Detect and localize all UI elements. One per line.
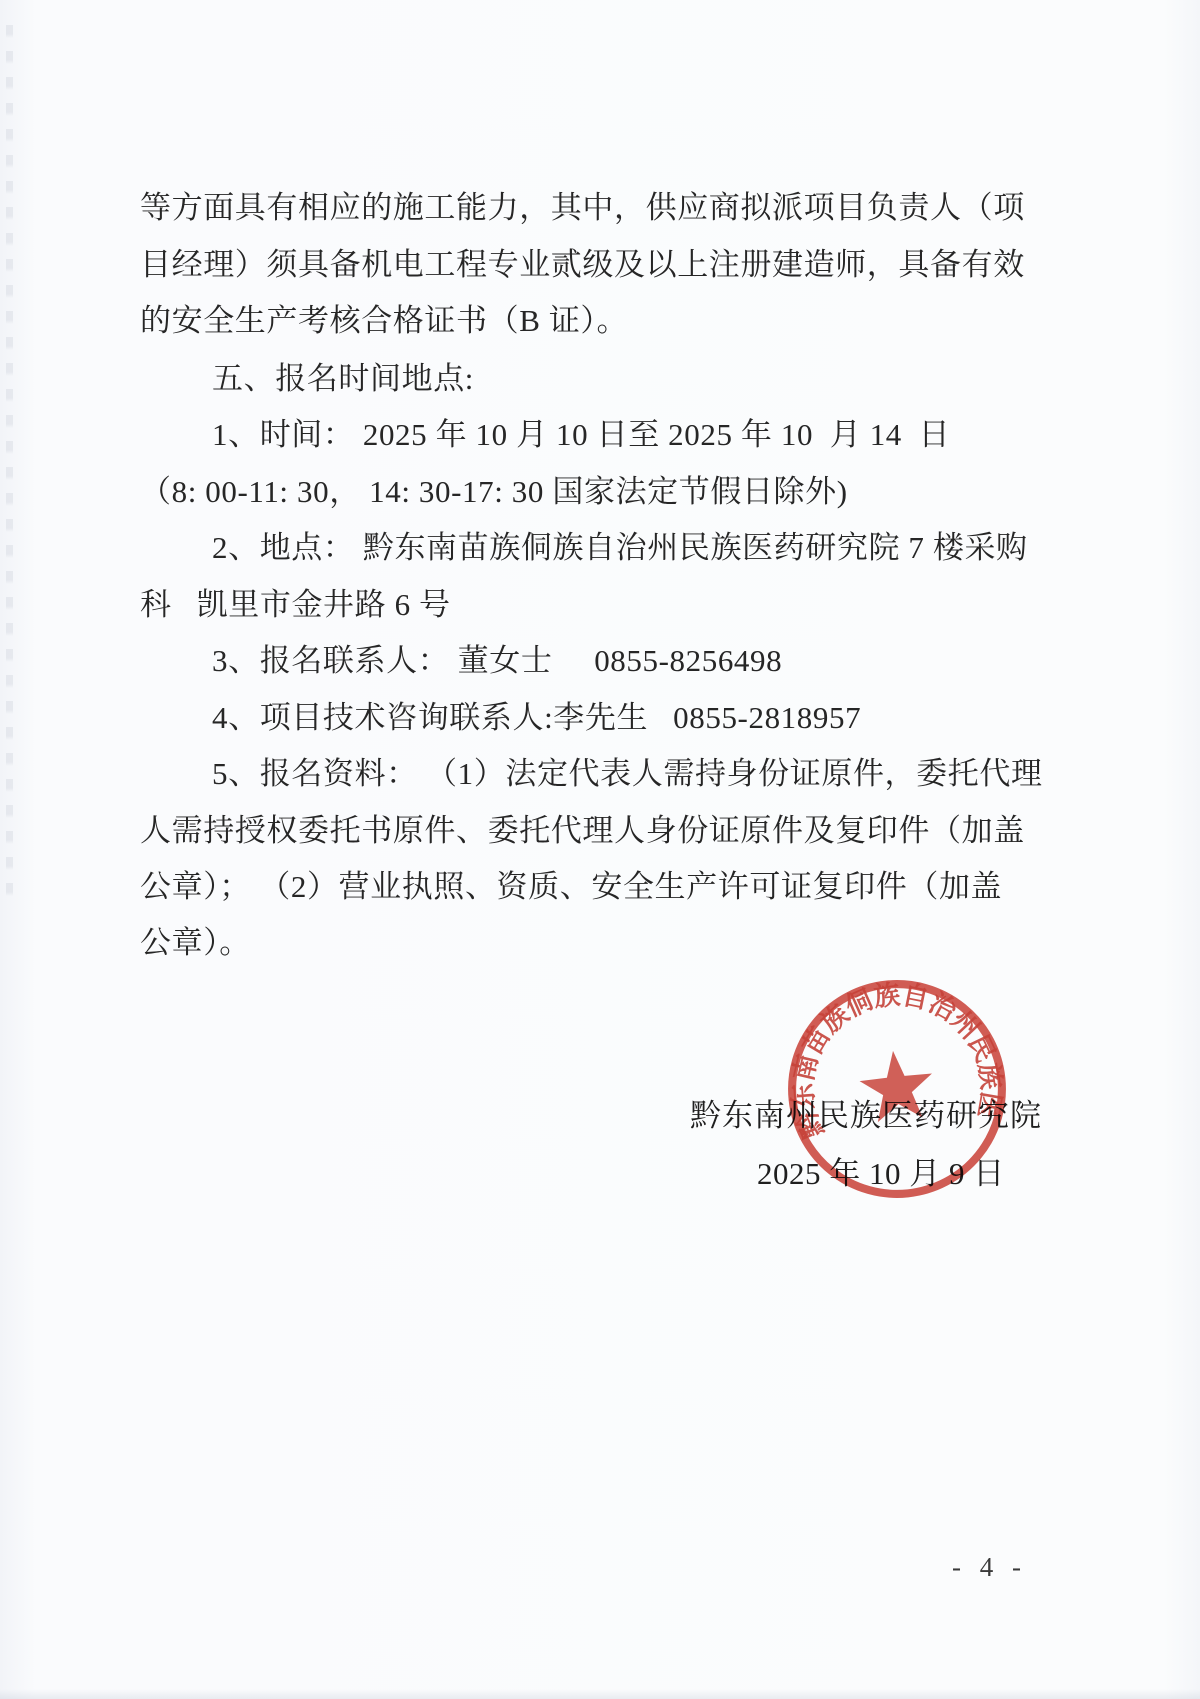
body-line: 等方面具有相应的施工能力，其中，供应商拟派项目负责人（项 bbox=[140, 188, 1100, 228]
scan-noise-left-edge bbox=[6, 25, 13, 905]
seal-star-icon bbox=[857, 1047, 937, 1124]
body-line: （8: 00-11: 30， 14: 30-17: 30 国家法定节假日除外) bbox=[140, 472, 1100, 512]
seal-arc-text: 黔东南苗族侗族自治州民族医药研究院 bbox=[770, 962, 1011, 1147]
scan-noise-bottom-edge bbox=[0, 1689, 1200, 1699]
section-heading-line: 五、报名时间地点: bbox=[212, 359, 1172, 399]
body-line: 3、报名联系人： 董女士 0855-8256498 bbox=[212, 641, 1172, 681]
body-line: 公章）； （2）营业执照、资质、安全生产许可证复印件（加盖 bbox=[140, 867, 1100, 907]
body-line: 科 凯里市金井路 6 号 bbox=[140, 585, 1100, 625]
body-line: 目经理）须具备机电工程专业贰级及以上注册建造师，具备有效 bbox=[140, 245, 1100, 285]
official-seal-stamp-icon: 黔东南苗族侗族自治州民族医药研究院 bbox=[770, 962, 1025, 1217]
seal-arc-text-container: 黔东南苗族侗族自治州民族医药研究院 bbox=[770, 962, 1011, 1147]
body-line: 1、时间： 2025 年 10 月 10 日至 2025 年 10 月 14 日 bbox=[212, 415, 1172, 455]
body-line: 5、报名资料： （1）法定代表人需持身份证原件，委托代理 bbox=[212, 754, 1172, 794]
body-line: 2、地点： 黔东南苗族侗族自治州民族医药研究院 7 楼采购 bbox=[212, 528, 1172, 568]
body-line: 公章）。 bbox=[140, 923, 1100, 963]
body-line: 人需持授权委托书原件、委托代理人身份证原件及复印件（加盖 bbox=[140, 811, 1100, 851]
page-number: - 4 - bbox=[952, 1552, 1027, 1583]
body-line: 的安全生产考核合格证书（B 证）。 bbox=[140, 301, 1100, 341]
scanned-document-page: 等方面具有相应的施工能力，其中，供应商拟派项目负责人（项 目经理）须具备机电工程… bbox=[0, 0, 1200, 1699]
body-line: 4、项目技术咨询联系人:李先生 0855-2818957 bbox=[212, 698, 1172, 738]
